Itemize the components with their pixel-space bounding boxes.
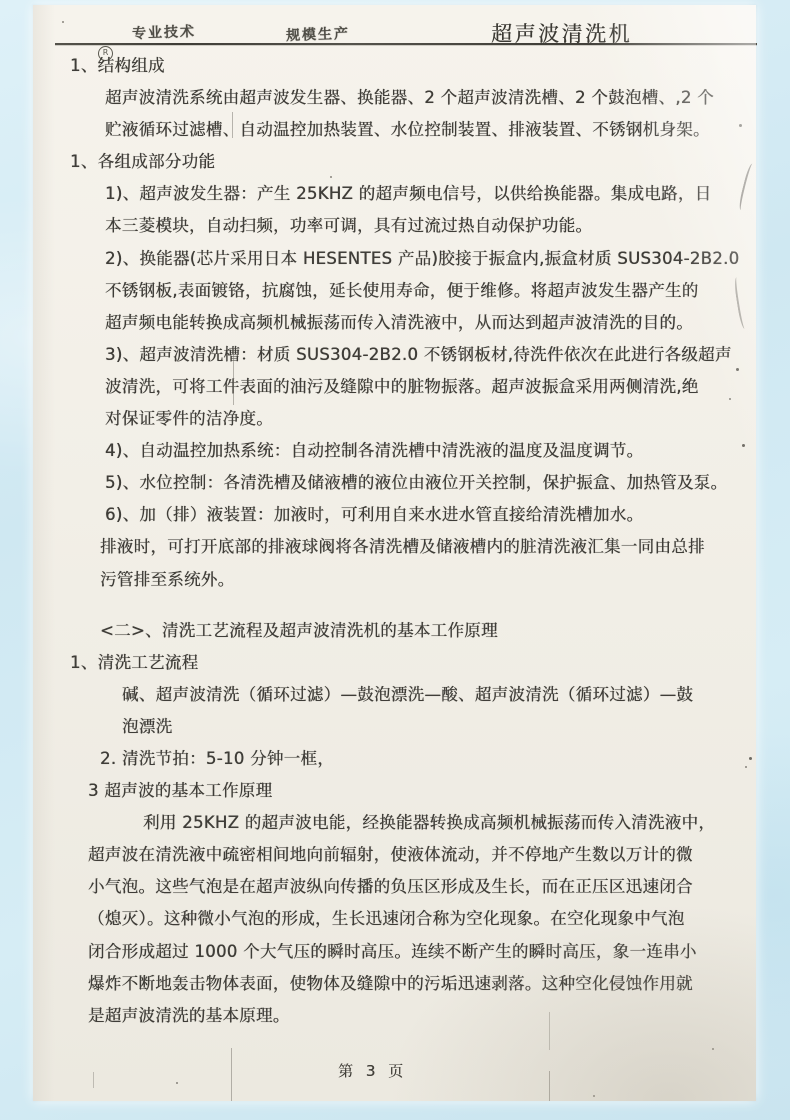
page-background: 专业技术 规模生产 超声波清洗机 R 1、结构组成 超声波清洗系统由超声波发生器… bbox=[0, 0, 790, 1120]
crease-mark bbox=[549, 1012, 550, 1050]
scan-speck bbox=[731, 251, 733, 253]
text-line: 爆炸不断地轰击物体表面，使物体及缝隙中的污垢迅速剥落。这种空化侵蚀作用就 bbox=[33, 968, 756, 1000]
text-line: 1)、超声波发生器：产生 25KHZ 的超声频电信号，以供给换能器。集成电路，日 bbox=[33, 178, 756, 210]
crease-mark bbox=[231, 1048, 232, 1101]
body-text: 1、结构组成 超声波清洗系统由超声波发生器、换能器、2 个超声波清洗槽、2 个鼓… bbox=[33, 50, 756, 1032]
header-label-left: 专业技术 bbox=[132, 21, 197, 43]
text-line: 4)、自动温控加热系统：自动控制各清洗槽中清洗液的温度及温度调节。 bbox=[33, 435, 756, 467]
text-line: 5)、水位控制：各清洗槽及储液槽的液位由液位开关控制，保护振盒、加热管及泵。 bbox=[33, 467, 756, 499]
text-line: 3)、超声波清洗槽：材质 SUS304-2B2.0 不锈钢板材,待洗件依次在此进… bbox=[33, 339, 756, 371]
scan-speck bbox=[729, 398, 731, 400]
text-line: 1、结构组成 bbox=[33, 50, 756, 82]
scan-speck bbox=[745, 766, 747, 768]
page-number: 第 3 页 bbox=[338, 1060, 407, 1081]
text-line: 超声频电能转换成高频机械振荡而传入清洗液中，从而达到超声波清洗的目的。 bbox=[33, 307, 756, 339]
scan-speck bbox=[736, 368, 739, 371]
text-line: 对保证零件的洁净度。 bbox=[33, 403, 756, 435]
text-line: 波清洗，可将工件表面的油污及缝隙中的脏物振落。超声波振盒采用两侧清洗,绝 bbox=[33, 371, 756, 403]
text-line: （熄灭）。这种微小气泡的形成，生长迅速闭合称为空化现象。在空化现象中气泡 bbox=[33, 903, 756, 935]
scan-speck bbox=[739, 124, 742, 127]
text-line: 1、清洗工艺流程 bbox=[33, 647, 756, 679]
text-line: 2. 清洗节拍：5-10 分钟一框， bbox=[33, 743, 756, 775]
header-label-center: 规模生产 bbox=[286, 23, 351, 45]
text-line: 碱、超声波清洗（循环过滤）—鼓泡漂洗—酸、超声波清洗（循环过滤）—鼓 bbox=[33, 679, 756, 711]
text-line: 超声波在清洗液中疏密相间地向前辐射，使液体流动，并不停地产生数以万计的微 bbox=[33, 839, 756, 871]
text-line: 闭合形成超过 1000 个大气压的瞬时高压。连续不断产生的瞬时高压，象一连串小 bbox=[33, 936, 756, 968]
text-line: 泡漂洗 bbox=[33, 711, 756, 743]
text-line: 2)、换能器(芯片采用日本 HESENTES 产品)胶接于振盒内,振盒材质 SU… bbox=[33, 243, 756, 275]
text-line: 排液时，可打开底部的排液球阀将各清洗槽及储液槽内的脏清洗液汇集一同由总排 bbox=[33, 531, 756, 563]
scan-speck bbox=[712, 1048, 714, 1050]
scan-speck bbox=[742, 444, 745, 447]
text-line: 利用 25KHZ 的超声波电能，经换能器转换成高频机械振荡而传入清洗液中， bbox=[33, 807, 756, 839]
scan-speck bbox=[62, 21, 64, 23]
text-line: 1、各组成部分功能 bbox=[33, 146, 756, 178]
text-line: 3 超声波的基本工作原理 bbox=[33, 775, 756, 807]
text-line: 小气泡。这些气泡是在超声波纵向传播的负压区形成及生长，而在正压区迅速闭合 bbox=[33, 871, 756, 903]
crease-mark bbox=[93, 1072, 94, 1088]
scan-speck bbox=[749, 757, 752, 760]
text-line: 污管排至系统外。 bbox=[33, 564, 756, 596]
crease-mark bbox=[232, 112, 233, 138]
text-line: 超声波清洗系统由超声波发生器、换能器、2 个超声波清洗槽、2 个鼓泡槽、,2 个 bbox=[33, 82, 756, 114]
scanned-page: 专业技术 规模生产 超声波清洗机 R 1、结构组成 超声波清洗系统由超声波发生器… bbox=[33, 5, 756, 1101]
text-line: 本三菱模块，自动扫频，功率可调，具有过流过热自动保护功能。 bbox=[33, 210, 756, 242]
header-rule bbox=[55, 43, 757, 45]
text-line: 贮液循环过滤槽、自动温控加热装置、水位控制装置、排液装置、不锈钢机身架。 bbox=[33, 114, 756, 146]
text-line: 是超声波清洗的基本原理。 bbox=[33, 1000, 756, 1032]
scan-speck bbox=[330, 176, 332, 178]
scan-speck bbox=[593, 1095, 595, 1097]
text-line: 不锈钢板,表面镀铬，抗腐蚀，延长使用寿命，便于维修。将超声波发生器产生的 bbox=[33, 275, 756, 307]
scan-speck bbox=[176, 1082, 178, 1084]
crease-mark bbox=[549, 1071, 550, 1101]
text-line: 6)、加（排）液装置：加液时，可利用自来水进水管直接给清洗槽加水。 bbox=[33, 499, 756, 531]
crease-mark bbox=[233, 348, 234, 405]
text-line: <二>、清洗工艺流程及超声波清洗机的基本工作原理 bbox=[33, 615, 756, 647]
